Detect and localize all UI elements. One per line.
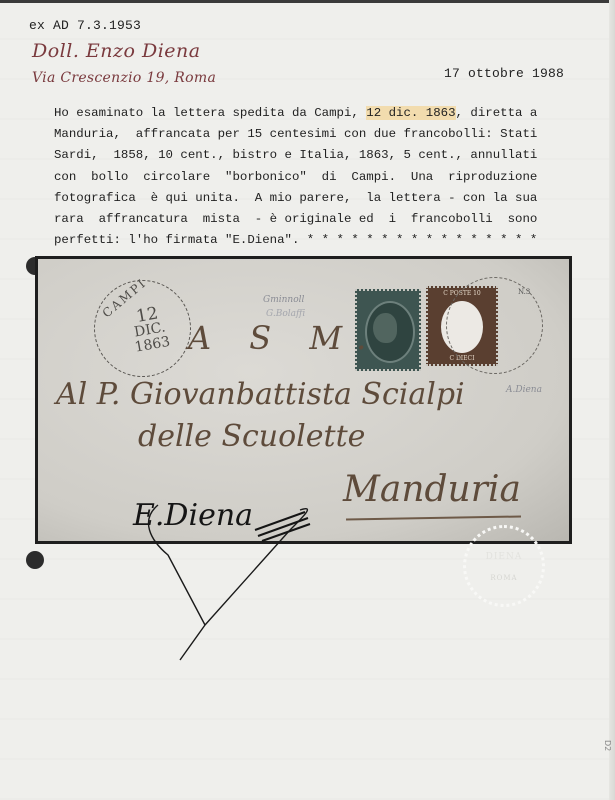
margin-mark: D2 [603,740,612,751]
address-line: delle Scuolette [138,419,365,454]
postmark-date: 12 DIC. 1863 [128,304,171,355]
body-line: Ho esaminato la lettera spedita da Campi… [54,103,574,124]
certificate-date: 17 ottobre 1988 [444,66,564,81]
issuer-name: Doll. Enzo Diena [32,40,201,62]
pencil-note: A.Diena [506,385,542,395]
embossed-seal: DIENA ROMA [463,525,545,607]
plate-mark: N.3 [518,288,530,296]
corner-dot-icon [26,551,44,569]
body-line: rara affrancatura mista - è originale ed… [54,209,574,230]
pencil-note: G.Bolaffi [266,309,305,319]
address-line: Al P. Giovanbattista Scialpi [56,377,465,412]
issuer-address: Via Crescenzio 19, Roma [32,70,216,86]
expert-signature: E.Diena [133,498,253,533]
body-line: fotografica è qui unita. A mio parere, l… [54,188,574,209]
address-underline [346,515,521,520]
address-line: A S M. [188,319,380,357]
top-edge [0,0,615,3]
pencil-note: Gminnoll [263,295,304,305]
body-line: perfetti: l'ho firmata "E.Diena". * * * … [54,230,574,251]
body-line: con bollo circolare "borbonico" di Campi… [54,167,574,188]
body-line: Manduria, affrancata per 15 centesimi co… [54,124,574,145]
envelope-photo: CAMPI 12 DIC. 1863 C POSTE 10 C DIECI N.… [35,256,572,544]
right-edge [609,0,615,800]
body-line: Sardi, 1858, 10 cent., bistro e Italia, … [54,145,574,166]
highlighted-date: 12 dic. 1863 [366,106,455,120]
provenance-note: ex AD 7.3.1953 [29,18,141,33]
address-line: Manduria [343,469,521,510]
certificate-body: Ho esaminato la lettera spedita da Campi… [54,103,574,251]
